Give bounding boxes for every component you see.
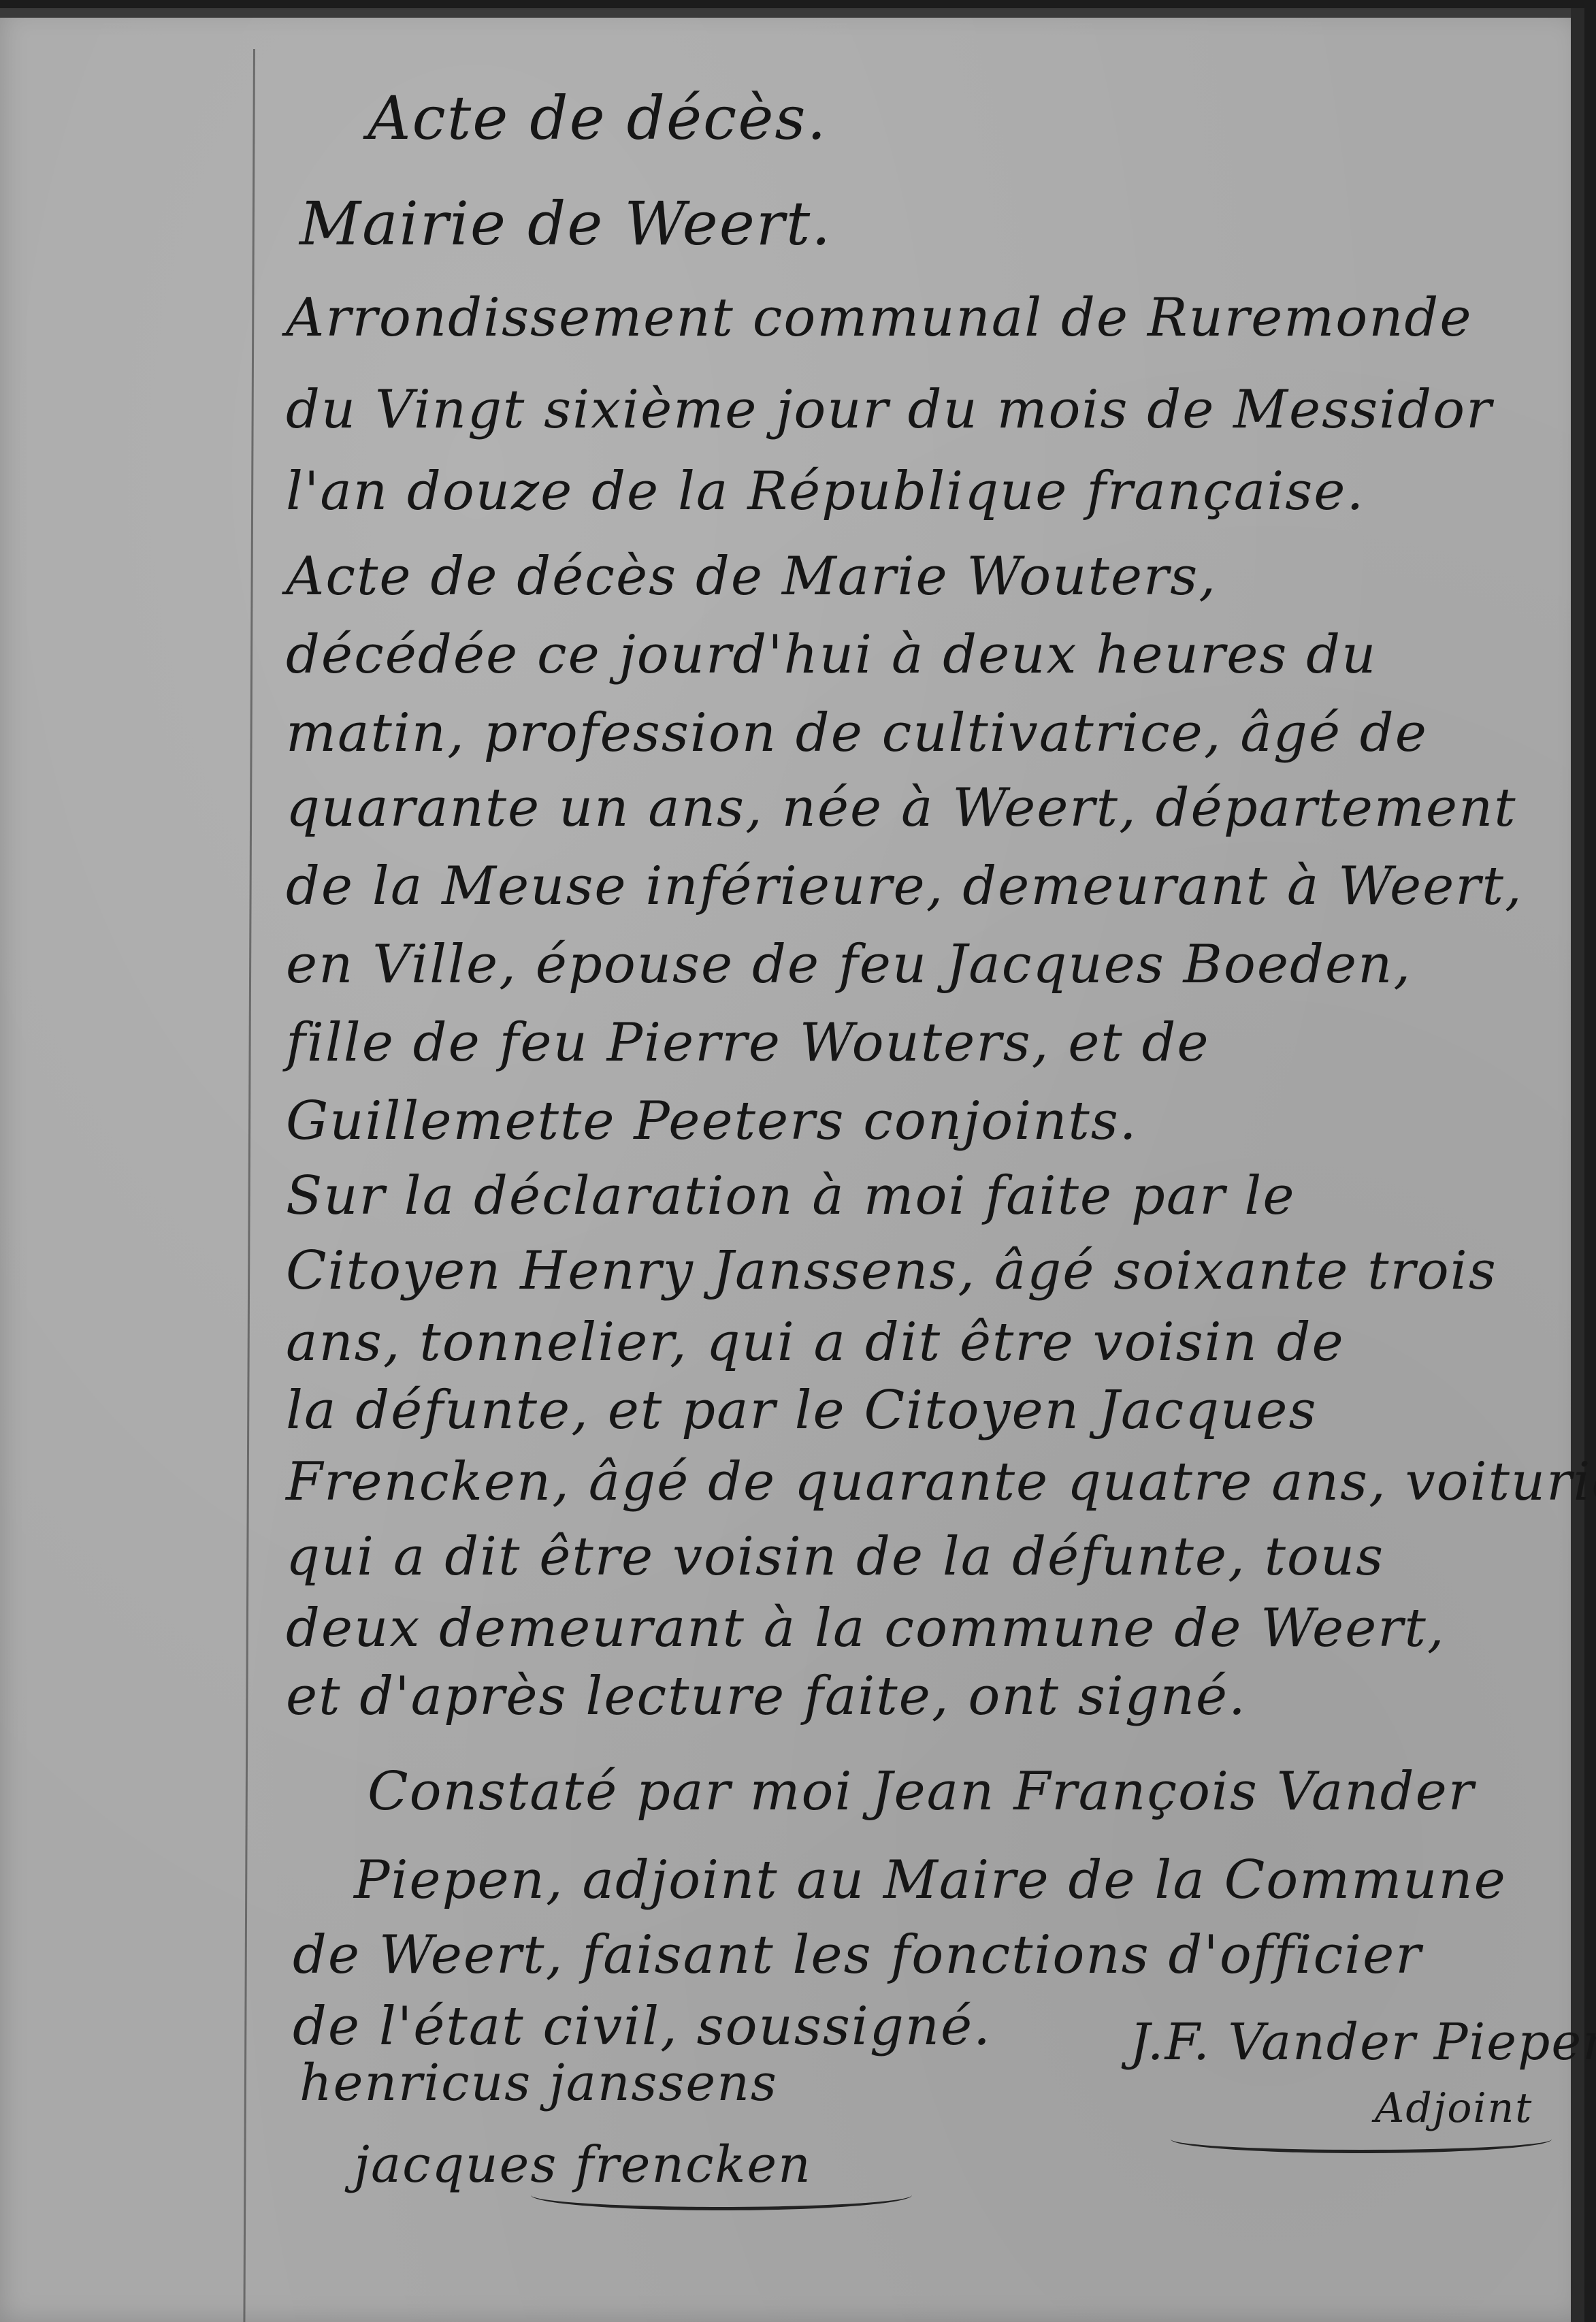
- text-line-20: Constaté par moi Jean François Vander: [368, 1761, 1475, 1822]
- text-line-14: ans, tonnelier, qui a dit être voisin de: [286, 1312, 1345, 1373]
- signature-flourish-witness-2: [531, 2180, 912, 2210]
- text-line-11: Guillemette Peeters conjoints.: [286, 1091, 1138, 1152]
- text-line-8: de la Meuse inférieure, demeurant à Weer…: [286, 856, 1523, 917]
- text-line-2: du Vingt sixième jour du mois de Messido…: [286, 379, 1493, 440]
- text-line-21: Piepen, adjoint au Maire de la Commune: [354, 1850, 1507, 1911]
- text-line-4: Acte de décès de Marie Wouters,: [286, 546, 1217, 607]
- text-line-3: l'an douze de la République française.: [286, 461, 1365, 522]
- text-line-19: et d'après lecture faite, ont signé.: [286, 1666, 1247, 1727]
- margin-rule: [243, 49, 255, 2322]
- text-line-7: quarante un ans, née à Weert, départemen…: [286, 777, 1517, 839]
- signature-flourish-officer: [1171, 2125, 1552, 2153]
- text-line-16: Frencken, âgé de quarante quatre ans, vo…: [286, 1451, 1596, 1513]
- text-line-15: la défunte, et par le Citoyen Jacques: [286, 1380, 1317, 1441]
- text-line-18: deux demeurant à la commune de Weert,: [286, 1598, 1446, 1659]
- document-page: Acte de décès. Mairie de Weert. Arrondis…: [0, 8, 1584, 2322]
- text-line-9: en Ville, épouse de feu Jacques Boeden,: [286, 934, 1412, 995]
- page-top-edge: [0, 8, 1584, 18]
- document-heading: Acte de décès.: [368, 83, 828, 153]
- mairie-heading: Mairie de Weert.: [299, 189, 832, 259]
- text-line-13: Citoyen Henry Janssens, âgé soixante tro…: [286, 1240, 1497, 1302]
- text-line-6: matin, profession de cultivatrice, âgé d…: [286, 703, 1428, 764]
- signature-officer: J.F. Vander Piepen: [1130, 2013, 1596, 2071]
- text-line-23: de l'état civil, soussigné.: [293, 1996, 992, 2057]
- text-line-12: Sur la déclaration à moi faite par le: [286, 1165, 1295, 1227]
- page-right-edge: [1571, 8, 1584, 2322]
- text-line-17: qui a dit être voisin de la défunte, tou…: [286, 1526, 1384, 1587]
- signature-witness-1: henricus janssens: [299, 2054, 778, 2112]
- text-line-5: décédée ce jourd'hui à deux heures du: [286, 624, 1377, 686]
- text-line-22: de Weert, faisant les fonctions d'offici…: [293, 1924, 1422, 1986]
- text-line-1: Arrondissement communal de Ruremonde: [286, 287, 1473, 349]
- text-line-10: fille de feu Pierre Wouters, et de: [286, 1012, 1210, 1074]
